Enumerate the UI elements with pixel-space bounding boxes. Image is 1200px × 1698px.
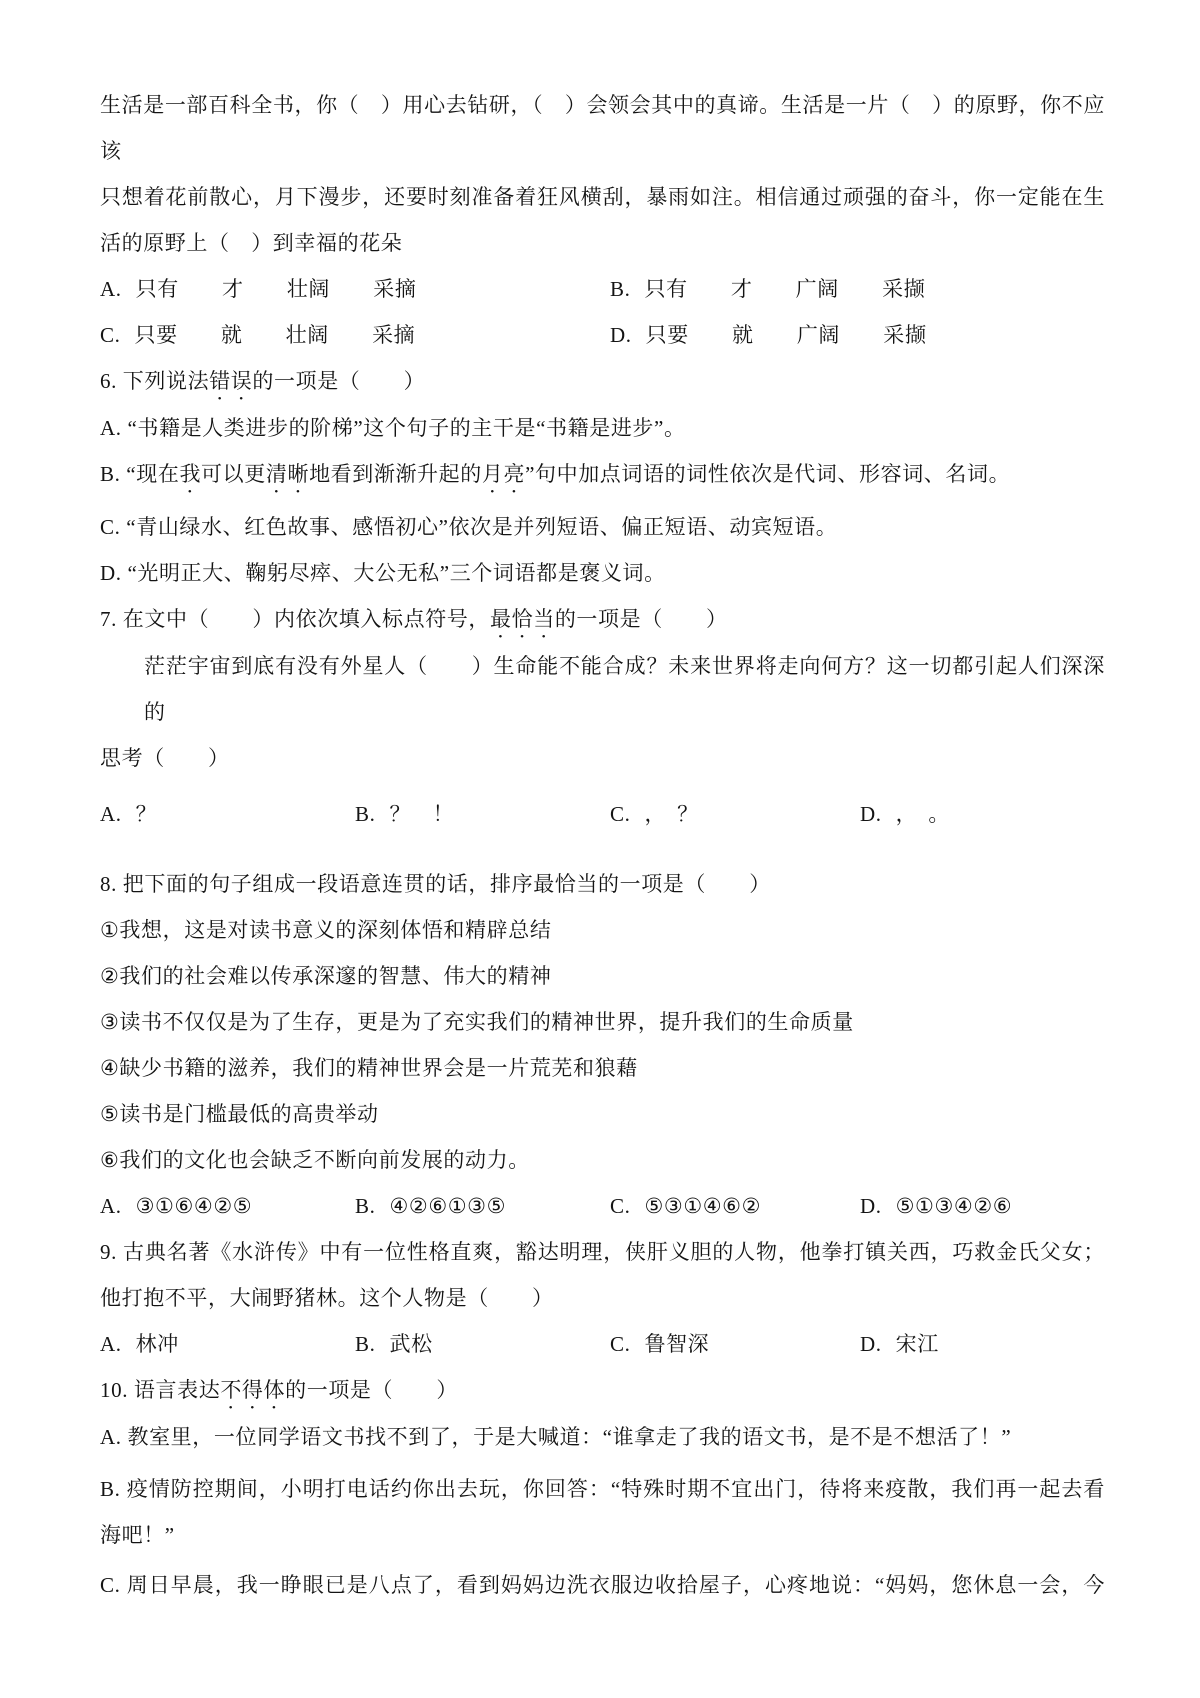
option-text: ， 。: [896, 802, 950, 826]
option-label: D.: [860, 1194, 882, 1218]
option-text: 宋江: [896, 1332, 939, 1356]
option-label: B.: [355, 802, 375, 826]
option-label: A.: [100, 1194, 122, 1218]
q6-option-b: B. “现在我可以更清晰地看到渐渐升起的月亮”句中加点词语的词性依次是代词、形容…: [100, 451, 1105, 498]
q8-sentence-1: ①我想，这是对读书意义的深刻体悟和精辟总结: [100, 907, 1105, 953]
text-segment: 的一项是（ ）: [252, 369, 425, 393]
option-text: 只要 就 广阔 采撷: [646, 323, 927, 347]
q10-option-c: C. 周日早晨，我一睁眼已是八点了，看到妈妈边洗衣服边收拾屋子，心疼地说：“妈妈…: [100, 1562, 1105, 1608]
q5-passage-line-3: 活的原野上（ ）到幸福的花朵: [100, 220, 1105, 266]
option-label: A.: [100, 802, 122, 826]
q5-options-row-1: A.只有 才 壮阔 采摘B.只有 才 广阔 采撷: [100, 266, 1105, 312]
q10-option-a: A. 教室里，一位同学语文书找不到了，于是大喊道：“谁拿走了我的语文书，是不是不…: [100, 1414, 1105, 1460]
q10-option-b-line-2: 海吧！”: [100, 1512, 1105, 1558]
q7-options-row: A.？B.？ ！C.， ？D.， 。: [100, 791, 1105, 837]
q9-stem-line-1: 9. 古典名著《水浒传》中有一位性格直爽，豁达明理，侠肝义胆的人物，他拳打镇关西…: [100, 1229, 1105, 1275]
exam-document-page: 生活是一部百科全书，你（ ）用心去钻研，（ ）会领会其中的真谛。生活是一片（ ）…: [0, 0, 1200, 1608]
option-text: ⑤①③④②⑥: [896, 1194, 1013, 1218]
option-item: A.林冲: [100, 1321, 355, 1367]
q6-option-d: D. “光明正大、鞠躬尽瘁、大公无私”三个词语都是褒义词。: [100, 550, 1105, 596]
option-text: ？ ！: [389, 802, 454, 826]
q9-options-row: A.林冲B.武松C.鲁智深D.宋江: [100, 1321, 1105, 1367]
option-item: A.只有 才 壮阔 采摘: [100, 266, 610, 312]
q5-passage-line-1: 生活是一部百科全书，你（ ）用心去钻研，（ ）会领会其中的真谛。生活是一片（ ）…: [100, 82, 1105, 174]
text-segment: B. “现在: [100, 462, 179, 486]
emphasized-text: 错误: [209, 369, 252, 393]
option-text: ④②⑥①③⑤: [389, 1194, 506, 1218]
option-text: 只要 就 壮阔 采摘: [134, 323, 415, 347]
q8-stem: 8. 把下面的句子组成一段语意连贯的话，排序最恰当的一项是（ ）: [100, 861, 1105, 907]
option-label: C.: [610, 802, 630, 826]
q10-stem: 10. 语言表达不得体的一项是（ ）: [100, 1367, 1105, 1414]
option-label: C.: [610, 1194, 630, 1218]
option-item: A.？: [100, 791, 355, 837]
option-item: D.宋江: [860, 1321, 1105, 1367]
q6-option-a: A. “书籍是人类进步的阶梯”这个句子的主干是“书籍是进步”。: [100, 405, 1105, 451]
q7-passage-line-1: 茫茫宇宙到底有没有外星人（ ）生命能不能合成？未来世界将走向何方？这一切都引起人…: [100, 643, 1105, 735]
option-text: 武松: [389, 1332, 432, 1356]
option-item: B.④②⑥①③⑤: [355, 1183, 610, 1229]
q7-passage-line-2: 思考（ ）: [100, 735, 1105, 781]
q5-options-row-2: C.只要 就 壮阔 采摘D.只要 就 广阔 采撷: [100, 312, 1105, 358]
q10-option-b-line-1: B. 疫情防控期间，小明打电话约你出去玩，你回答：“特殊时期不宜出门，待将来疫散…: [100, 1466, 1105, 1512]
option-label: D.: [860, 802, 882, 826]
option-item: A.③①⑥④②⑤: [100, 1183, 355, 1229]
option-text: 林冲: [136, 1332, 179, 1356]
q8-sentence-5: ⑤读书是门槛最低的高贵举动: [100, 1091, 1105, 1137]
text-segment: 7. 在文中（ ）内依次填入标点符号，: [100, 607, 490, 631]
option-text: 只有 才 广阔 采撷: [644, 277, 925, 301]
emphasized-text: 月亮: [482, 462, 525, 486]
option-item: D.只要 就 广阔 采撷: [610, 312, 1105, 358]
q8-sentence-6: ⑥我们的文化也会缺乏不断向前发展的动力。: [100, 1137, 1105, 1183]
option-text: 鲁智深: [644, 1332, 709, 1356]
option-item: C.⑤③①④⑥②: [610, 1183, 860, 1229]
text-segment: 的一项是（ ）: [285, 1378, 458, 1402]
option-label: B.: [355, 1194, 375, 1218]
option-item: B.只有 才 广阔 采撷: [610, 266, 1105, 312]
text-segment: 地看到渐渐升起的: [309, 462, 482, 486]
q8-options-row: A.③①⑥④②⑤B.④②⑥①③⑤C.⑤③①④⑥②D.⑤①③④②⑥: [100, 1183, 1105, 1229]
q9-stem-line-2: 他打抱不平，大闹野猪林。这个人物是（ ）: [100, 1275, 1105, 1321]
option-label: C.: [100, 323, 120, 347]
option-label: A.: [100, 277, 122, 301]
text-segment: 可以更: [201, 462, 266, 486]
text-segment: ”句中加点词语的词性依次是代词、形容词、名词。: [525, 462, 1010, 486]
q8-sentence-4: ④缺少书籍的滋养，我们的精神世界会是一片荒芜和狼藉: [100, 1045, 1105, 1091]
option-label: D.: [860, 1332, 882, 1356]
q6-option-c: C. “青山绿水、红色故事、感悟初心”依次是并列短语、偏正短语、动宾短语。: [100, 504, 1105, 550]
q8-sentence-3: ③读书不仅仅是为了生存，更是为了充实我们的精神世界，提升我们的生命质量: [100, 999, 1105, 1045]
option-item: C.只要 就 壮阔 采摘: [100, 312, 610, 358]
option-text: 只有 才 壮阔 采摘: [136, 277, 417, 301]
option-text: ？: [136, 802, 158, 826]
q5-passage-line-2: 只想着花前散心，月下漫步，还要时刻准备着狂风横刮，暴雨如注。相信通过顽强的奋斗，…: [100, 174, 1105, 220]
option-label: D.: [610, 323, 632, 347]
option-item: C.， ？: [610, 791, 860, 837]
option-label: A.: [100, 1332, 122, 1356]
text-segment: 的一项是（ ）: [555, 607, 728, 631]
option-label: B.: [610, 277, 630, 301]
emphasized-text: 清晰: [266, 462, 309, 486]
text-segment: 10. 语言表达: [100, 1378, 220, 1402]
option-label: C.: [610, 1332, 630, 1356]
option-item: C.鲁智深: [610, 1321, 860, 1367]
option-label: B.: [355, 1332, 375, 1356]
option-text: ③①⑥④②⑤: [136, 1194, 253, 1218]
option-item: B.武松: [355, 1321, 610, 1367]
option-item: B.？ ！: [355, 791, 610, 837]
option-text: ⑤③①④⑥②: [644, 1194, 761, 1218]
option-item: D.⑤①③④②⑥: [860, 1183, 1105, 1229]
q7-stem: 7. 在文中（ ）内依次填入标点符号，最恰当的一项是（ ）: [100, 596, 1105, 643]
emphasized-text: 最恰当: [490, 607, 555, 631]
text-segment: 6. 下列说法: [100, 369, 209, 393]
emphasized-text: 不得体: [220, 1378, 285, 1402]
emphasized-text: 我: [179, 462, 201, 486]
q6-stem: 6. 下列说法错误的一项是（ ）: [100, 358, 1105, 405]
q8-sentence-2: ②我们的社会难以传承深邃的智慧、伟大的精神: [100, 953, 1105, 999]
option-item: D.， 。: [860, 791, 1105, 837]
option-text: ， ？: [644, 802, 698, 826]
